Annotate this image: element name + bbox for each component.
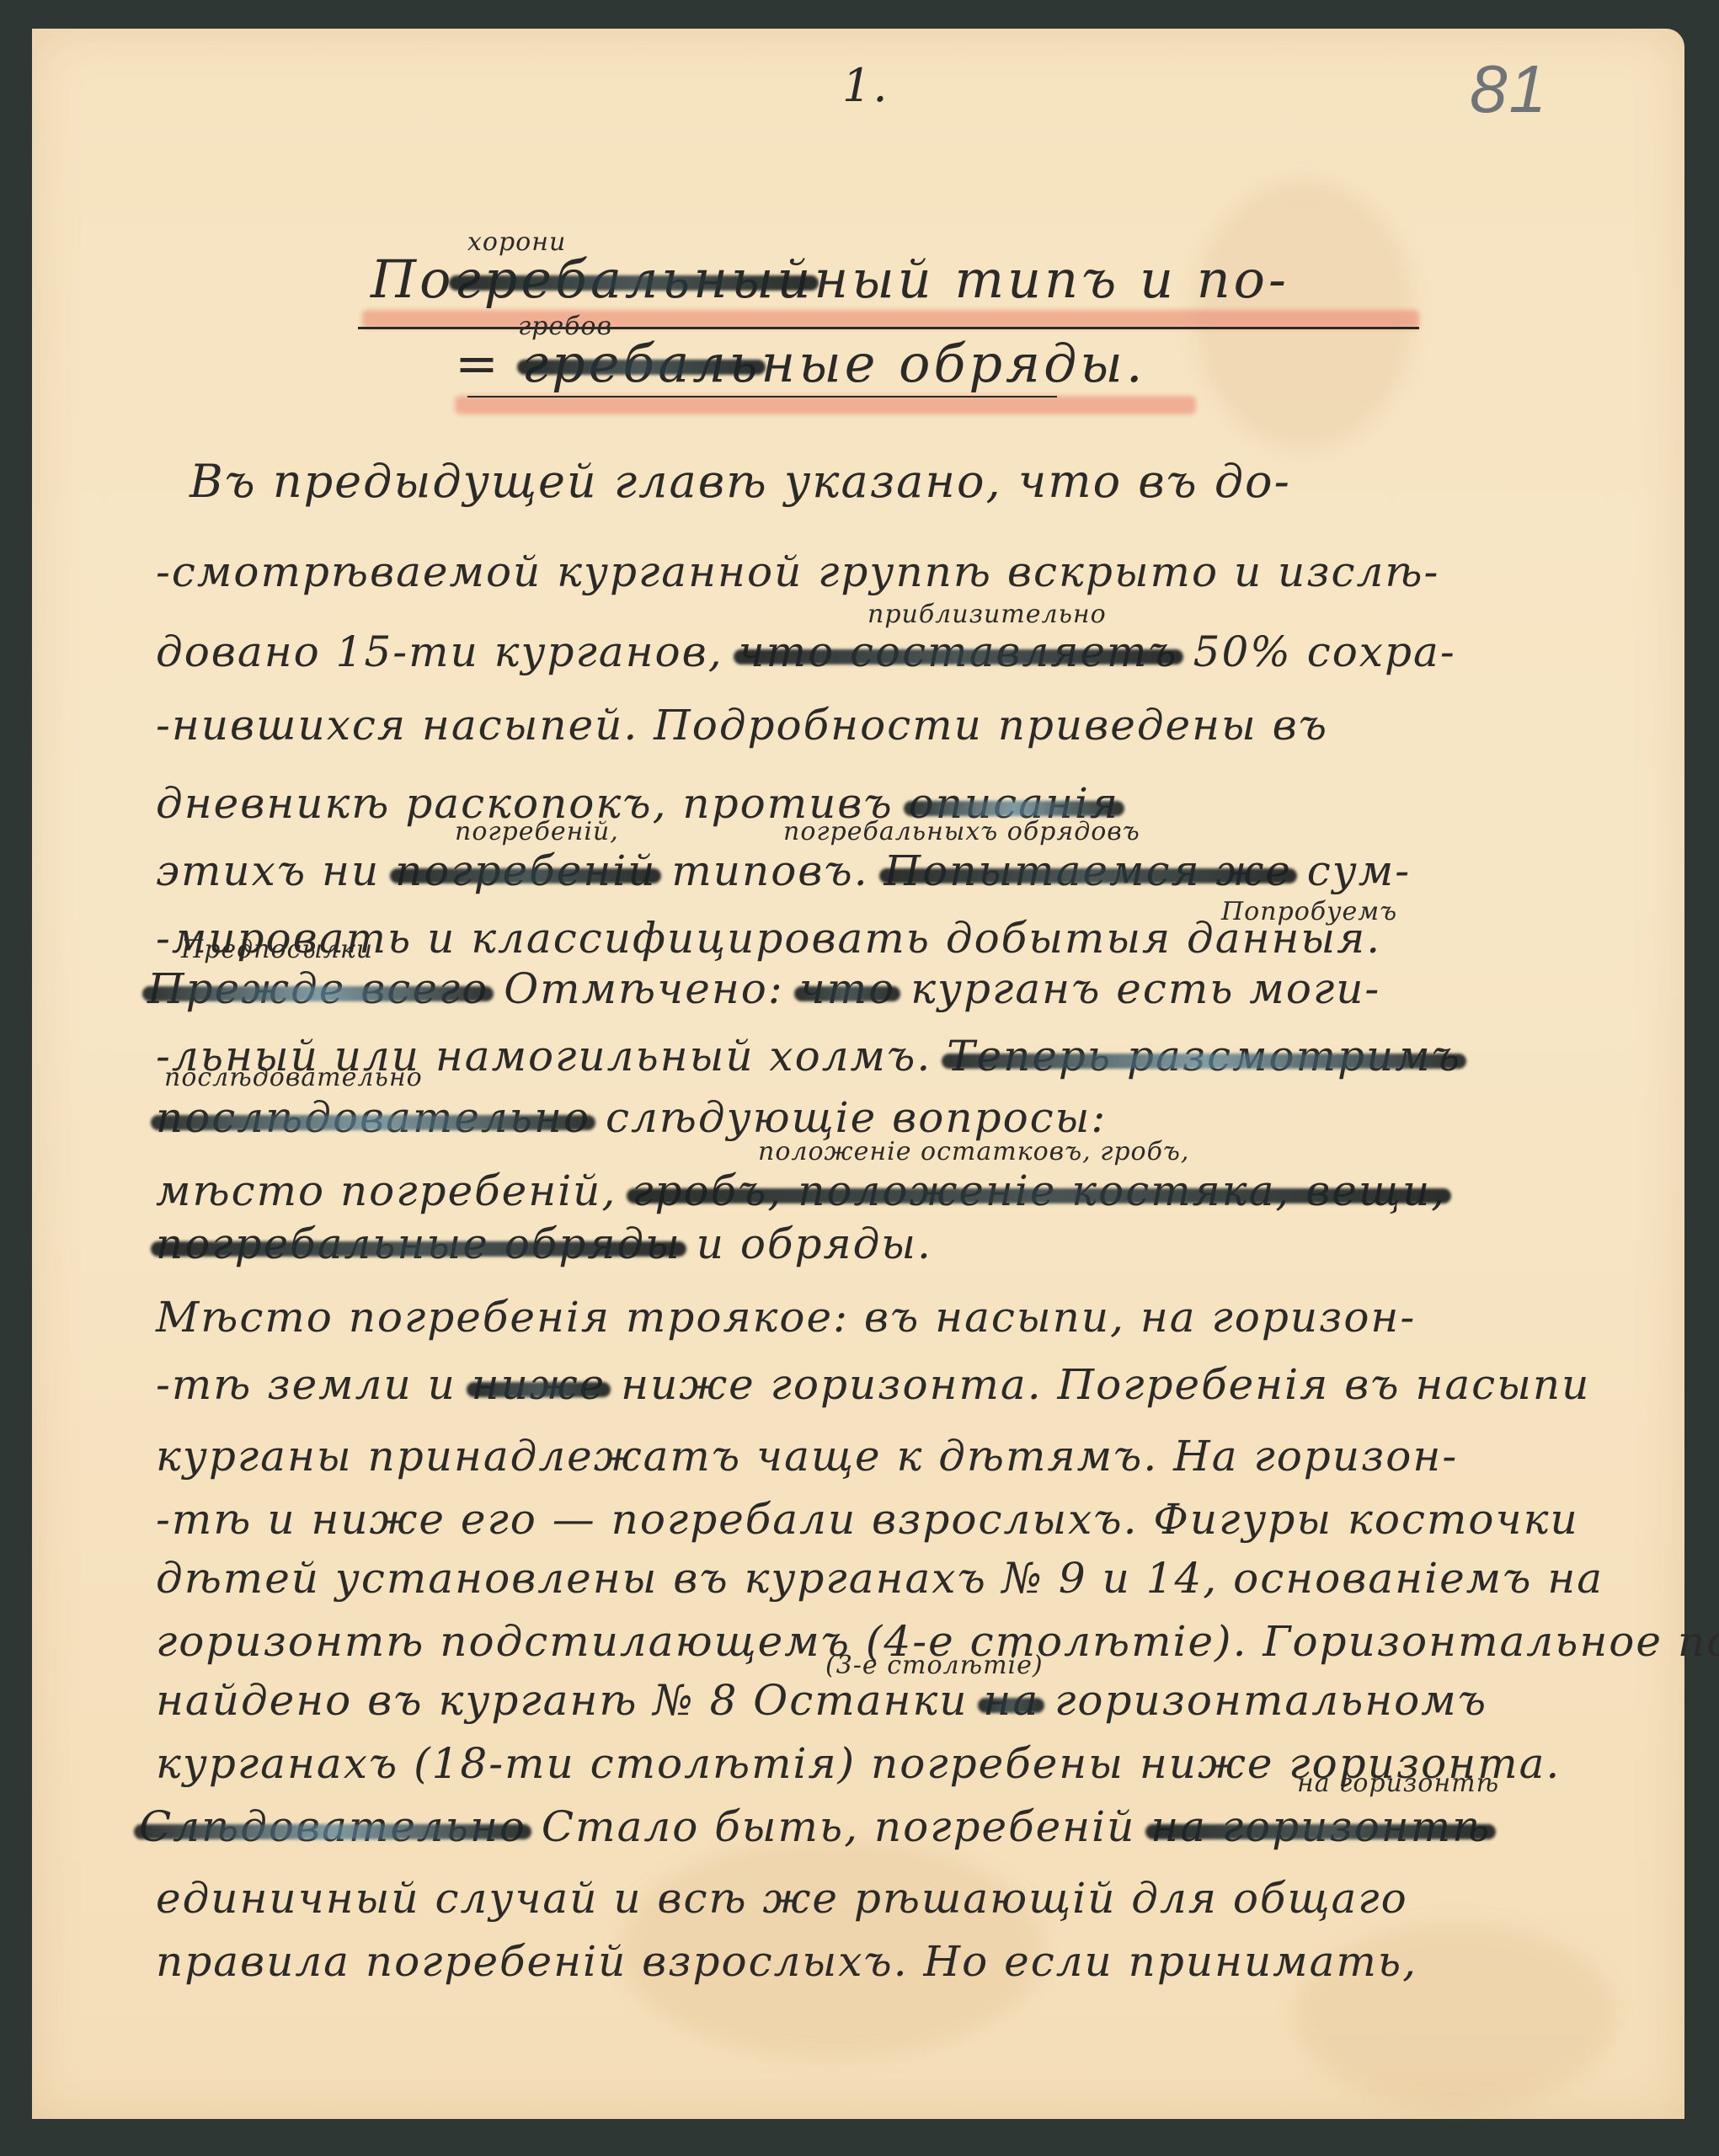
body-line-19: найдено въ курганѣ № 8 Останки на горизо… [156,1676,1487,1725]
struck-word: гребальный [454,248,814,310]
struck-word: гробъ, положеніе костяка, вещи, [632,1166,1446,1215]
struck-word: ниже [472,1360,606,1409]
struck-word: что [799,964,896,1013]
text-span: слѣдующіе вопросы: [606,1093,1107,1142]
body-line-21: Слѣдовательно Стало быть, погребеній на … [139,1802,1491,1851]
struck-word: на [983,1676,1039,1725]
text-span: ниже горизонта. Погребенія въ насыпи [621,1360,1590,1409]
body-line-16: -тѣ и ниже его — погребали взрослыхъ. Фи… [156,1495,1579,1544]
line-correction: Предпосылки [181,935,373,964]
text-span: довано 15-ти курганов, [156,627,723,676]
body-line-2: -смотрѣваемой курганной группѣ вскрыто и… [156,547,1439,596]
text-span: 50% сохра- [1193,627,1456,676]
red-pencil-underline [455,396,1196,414]
line-correction: послѣдовательно [164,1063,423,1092]
text-span: Стало быть, погребеній [542,1802,1135,1851]
body-line-10: послѣдовательно слѣдующіе вопросы: [156,1093,1107,1142]
struck-word: Теперь разсмотримъ [947,1032,1461,1081]
title-text: ный типъ и по- [814,248,1289,310]
text-span: мѣсто погребеній, [156,1166,617,1215]
body-line-23: правила погребеній взрослыхъ. Но если пр… [156,1937,1417,1986]
struck-word: Слѣдовательно [139,1802,526,1851]
struck-word: погребальные обряды [156,1219,681,1268]
title-text: ные обряды. [761,333,1145,394]
text-span: сум- [1307,846,1411,895]
line-correction: погребеній, [455,817,619,846]
body-line-14: -тѣ земли и ниже ниже горизонта. Погребе… [156,1360,1590,1409]
text-span: найдено въ курганѣ № 8 [156,1676,738,1725]
body-line-15: курганы принадлежатъ чаще к дѣтямъ. На г… [156,1432,1458,1481]
line-correction: на горизонтѣ [1297,1769,1499,1798]
struck-word: что составляетъ [739,627,1178,676]
text-span: горизонтальномъ [1054,1676,1487,1725]
title-text: По [371,248,454,310]
body-line-12: погребальные обряды и обряды. [156,1219,932,1268]
body-line-11: мѣсто погребеній, гробъ, положеніе костя… [156,1166,1446,1215]
body-line-1: Въ предыдущей главѣ указано, что въ до- [190,455,1291,508]
text-span: этихъ ни [156,846,380,895]
struck-word: гребаль [522,333,761,394]
title-line-1: Погребальныйный типъ и по- [371,248,1289,310]
body-line-22: единичный случай и всѣ же рѣшающій для о… [156,1874,1408,1923]
struck-word: Прежде всего [147,964,488,1013]
title-rule [467,396,1057,398]
line-correction: положеніе остатковъ, гробъ, [758,1137,1189,1166]
body-line-6: этихъ ни погребеній типовъ. Попытаемся ж… [156,846,1411,895]
struck-word: на горизонтѣ [1150,1802,1491,1851]
text-span: и обряды. [697,1219,932,1268]
text-span: Отмѣчено: [504,964,784,1013]
title-text: = [455,333,502,394]
title-rule [358,327,1419,329]
body-line-13: Мѣсто погребенія троякое: въ насыпи, на … [156,1293,1416,1342]
line-correction: погребальныхъ обрядовъ [783,817,1140,846]
title-line-2: = гребальные обряды. [455,333,1146,394]
page-number: 1. [842,59,889,112]
body-line-8: Прежде всего Отмѣчено: что курганъ есть … [147,964,1380,1013]
line-correction: приблизительно [868,600,1107,629]
struck-word: послѣдовательно [156,1093,590,1142]
folio-number: 81 [1470,51,1548,128]
body-line-4: -нившихся насыпей. Подробности приведены… [156,701,1328,750]
text-span: курганъ есть моги- [910,964,1380,1013]
text-span: типовъ. [671,846,868,895]
struck-word: Попытаемся же [884,846,1292,895]
text-span: -тѣ земли и [156,1360,456,1409]
body-line-17: дѣтей установлены въ курганахъ № 9 и 14,… [156,1554,1604,1603]
text-span: Останки [753,1676,968,1725]
body-line-3: довано 15-ти курганов, что составляетъ 5… [156,627,1456,676]
struck-word: погребеній [395,846,656,895]
